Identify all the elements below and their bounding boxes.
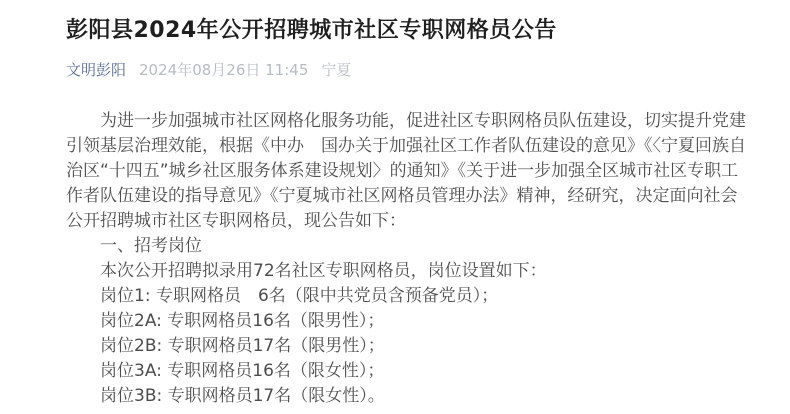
section-heading-positions: 一、招考岗位 [66, 234, 748, 259]
position-line-3b: 岗位3B: 专职网格员17名（限女性）。 [66, 384, 748, 409]
byline: 文明彭阳 2024年08月26日 11:45 宁夏 [66, 60, 740, 81]
account-name-link[interactable]: 文明彭阳 [66, 60, 126, 81]
position-line-1: 岗位1: 专职网格员 6名（限中共党员含预备党员）； [66, 284, 748, 309]
position-line-2b: 岗位2B: 专职网格员17名（限男性）； [66, 334, 748, 359]
article: 彭阳县2024年公开招聘城市社区专职网格员公告 文明彭阳 2024年08月26日… [0, 0, 790, 409]
page: { "colors": { "title": "#1f1f1f", "accou… [0, 0, 790, 414]
article-body: 为进一步加强城市社区网格化服务功能，促进社区专职网格员队伍建设，切实提升党建引领… [66, 109, 748, 409]
publish-location: 宁夏 [321, 60, 351, 81]
article-title: 彭阳县2024年公开招聘城市社区专职网格员公告 [66, 16, 740, 46]
positions-summary: 本次公开招聘拟录用72名社区专职网格员，岗位设置如下： [66, 259, 748, 284]
intro-paragraph: 为进一步加强城市社区网格化服务功能，促进社区专职网格员队伍建设，切实提升党建引领… [66, 109, 748, 234]
publish-date: 2024年08月26日 11:45 [139, 60, 308, 81]
position-line-3a: 岗位3A: 专职网格员16名（限女性）； [66, 359, 748, 384]
position-line-2a: 岗位2A: 专职网格员16名（限男性）； [66, 309, 748, 334]
